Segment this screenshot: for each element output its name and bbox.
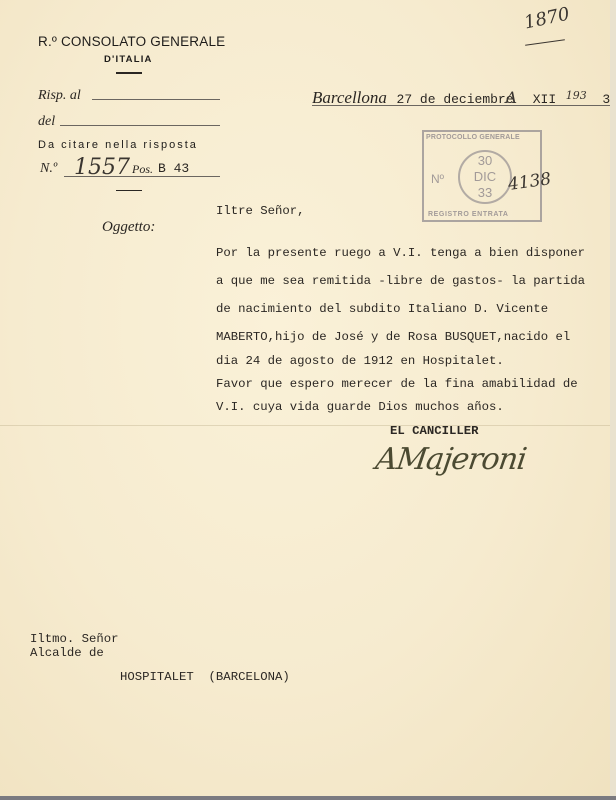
stamp-month: DIC — [460, 170, 510, 184]
sign-title: EL CANCILLER — [390, 424, 479, 438]
stamp-no-label: Nº — [431, 172, 444, 186]
body-line-4: MABERTO,hijo de José y de Rosa BUSQUET,n… — [216, 330, 570, 344]
body-line-3: de nacimiento del subdito Italiano D. Vi… — [216, 302, 548, 316]
letterhead-title: R.º CONSOLATO GENERALE — [38, 34, 225, 49]
stamp-day: 30 — [460, 154, 510, 168]
risp-al-line — [92, 99, 220, 100]
date-underline — [312, 105, 610, 106]
paper-fold — [0, 425, 616, 426]
signature: AMajeroni — [374, 442, 529, 477]
numero-label: N.º — [40, 161, 57, 177]
oggetto-label: Oggetto: — [102, 219, 155, 236]
citare-label: Da citare nella risposta — [38, 139, 198, 151]
del-label: del — [38, 114, 55, 130]
date-year-prefix: 193 — [566, 89, 587, 102]
stamp-top-text: PROTOCOLLO GENERALE — [426, 134, 520, 141]
body-line-2: a que me sea remitida -libre de gastos- … — [216, 274, 585, 288]
body-line-5: dia 24 de agosto de 1912 en Hospitalet. — [216, 354, 504, 368]
salutation: Iltre Señor, — [216, 204, 305, 218]
stamp-year: 33 — [460, 186, 510, 200]
document-paper — [0, 0, 610, 796]
paper-edge-right — [610, 0, 616, 800]
addressee-line-1: Iltmo. Señor — [30, 632, 119, 646]
addressee-place: HOSPITALET (BARCELONA) — [120, 670, 290, 684]
body-line-7: V.I. cuya vida guarde Dios muchos años. — [216, 400, 504, 414]
stamp-date-circle: 30 DIC 33 — [458, 150, 512, 204]
del-line — [60, 125, 220, 126]
paper-edge-bottom — [0, 796, 616, 800]
addressee-line-2: Alcalde de — [30, 646, 104, 660]
stamp-bottom-text: REGISTRO ENTRATA — [428, 211, 509, 218]
pos-label: Pos. — [132, 162, 153, 177]
letterhead-subtitle: D'ITALIA — [104, 54, 153, 65]
pos-value: B 43 — [158, 161, 189, 176]
letterhead-divider — [116, 72, 142, 74]
body-line-6: Favor que espero merecer de la fina amab… — [216, 377, 578, 391]
risp-al-label: Risp. al — [38, 88, 81, 104]
body-line-1: Por la presente ruego a V.I. tenga a bie… — [216, 246, 585, 260]
form-divider — [116, 190, 142, 191]
